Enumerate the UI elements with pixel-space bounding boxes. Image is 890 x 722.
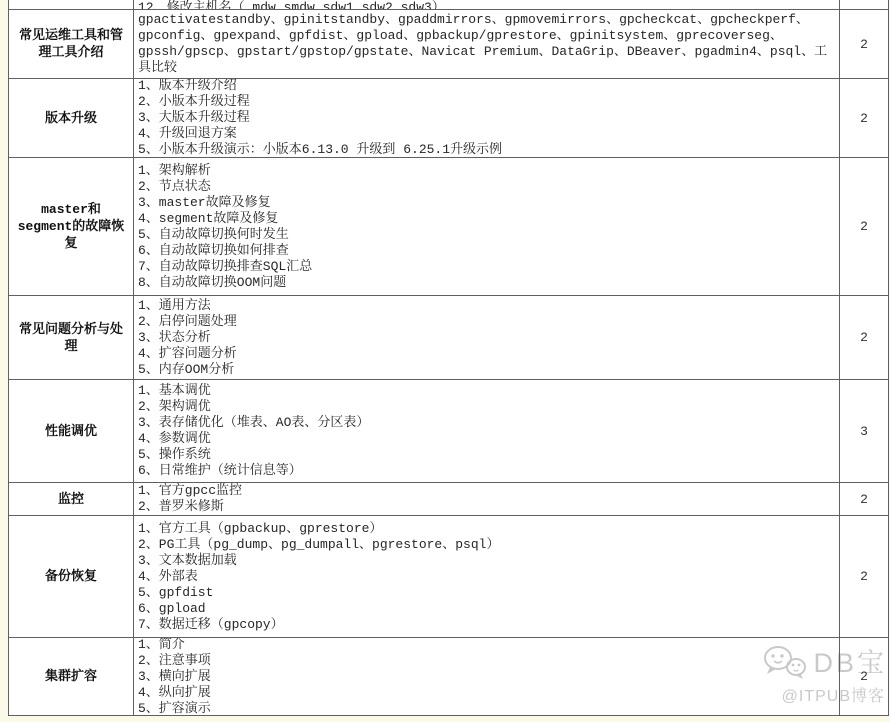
- item-line: 3、横向扩展: [138, 669, 833, 685]
- hours-cell: 2: [839, 483, 888, 515]
- item-line: 2、注意事项: [138, 653, 833, 669]
- table-row: 集群扩容1、简介2、注意事项3、横向扩展4、纵向扩展5、扩容演示2: [9, 638, 888, 716]
- topic-label: 版本升级: [45, 110, 97, 127]
- topic-cell: [9, 0, 134, 9]
- table-row: 监控1、官方gpcc监控2、普罗米修斯2: [9, 483, 888, 516]
- item-line: 4、纵向扩展: [138, 685, 833, 701]
- topic-label: 常见问题分析与处理: [15, 321, 127, 355]
- topic-cell: 监控: [9, 483, 134, 515]
- item-line: 4、升级回退方案: [138, 126, 833, 142]
- hours-cell: [839, 0, 888, 9]
- topic-cell: 备份恢复: [9, 516, 134, 637]
- item-line: 2、架构调优: [138, 399, 833, 415]
- item-line: 4、扩容问题分析: [138, 346, 833, 362]
- clipped-row-text: 12、修改主机名（ mdw smdw sdw1 sdw2 sdw3）: [138, 0, 833, 9]
- item-line: 4、外部表: [138, 569, 833, 585]
- clipped-top-row: 12、修改主机名（ mdw smdw sdw1 sdw2 sdw3）: [9, 0, 888, 10]
- item-line: 6、自动故障切换如何排查: [138, 243, 833, 259]
- topic-cell: 常见运维工具和管理工具介绍: [9, 10, 134, 78]
- items-cell: 1、简介2、注意事项3、横向扩展4、纵向扩展5、扩容演示: [134, 638, 839, 715]
- item-line: 2、小版本升级过程: [138, 94, 833, 110]
- items-cell: 12、修改主机名（ mdw smdw sdw1 sdw2 sdw3）: [134, 0, 839, 9]
- topic-label: 性能调优: [45, 423, 97, 440]
- table-row: 版本升级1、版本升级介绍2、小版本升级过程3、大版本升级过程4、升级回退方案5、…: [9, 79, 888, 158]
- items-cell: 1、基本调优2、架构调优3、表存储优化（堆表、AO表、分区表）4、参数调优5、操…: [134, 380, 839, 482]
- item-line: 1、简介: [138, 638, 833, 653]
- hours-cell: 2: [839, 158, 888, 295]
- topic-label: 监控: [58, 491, 84, 508]
- hours-cell: 2: [839, 10, 888, 78]
- items-cell: 1、架构解析2、节点状态3、master故障及修复4、segment故障及修复5…: [134, 158, 839, 295]
- item-line: 5、自动故障切换何时发生: [138, 227, 833, 243]
- item-line: 6、gpload: [138, 601, 833, 617]
- item-line: 2、PG工具（pg_dump、pg_dumpall、pgrestore、psql…: [138, 537, 833, 553]
- item-line: 1、架构解析: [138, 163, 833, 179]
- page-frame: 12、修改主机名（ mdw smdw sdw1 sdw2 sdw3） 常见运维工…: [0, 0, 890, 722]
- item-line: 5、小版本升级演示：小版本6.13.0 升级到 6.25.1升级示例: [138, 142, 833, 157]
- item-line: 3、状态分析: [138, 330, 833, 346]
- item-line: 3、大版本升级过程: [138, 110, 833, 126]
- items-cell: 1、官方gpcc监控2、普罗米修斯: [134, 483, 839, 515]
- item-line: 5、gpfdist: [138, 585, 833, 601]
- table-row: 性能调优1、基本调优2、架构调优3、表存储优化（堆表、AO表、分区表）4、参数调…: [9, 380, 888, 483]
- topic-label: master和segment的故障恢复: [15, 201, 127, 252]
- item-line: 4、参数调优: [138, 431, 833, 447]
- table-row: 常见问题分析与处理1、通用方法2、启停问题处理3、状态分析4、扩容问题分析5、内…: [9, 296, 888, 380]
- item-line: 5、扩容演示: [138, 701, 833, 716]
- items-cell: 1、版本升级介绍2、小版本升级过程3、大版本升级过程4、升级回退方案5、小版本升…: [134, 79, 839, 157]
- items-cell: gpactivatestandby、gpinitstandby、gpaddmir…: [134, 10, 839, 78]
- item-line: 6、日常维护（统计信息等）: [138, 463, 833, 479]
- item-line: 1、版本升级介绍: [138, 79, 833, 94]
- hours-cell: 2: [839, 296, 888, 379]
- item-line: 2、启停问题处理: [138, 314, 833, 330]
- topic-cell: master和segment的故障恢复: [9, 158, 134, 295]
- item-line: 7、自动故障切换排查SQL汇总: [138, 259, 833, 275]
- item-line: 2、普罗米修斯: [138, 499, 833, 515]
- topic-label: 常见运维工具和管理工具介绍: [15, 27, 127, 61]
- table-row: master和segment的故障恢复1、架构解析2、节点状态3、master故…: [9, 158, 888, 296]
- items-cell: 1、通用方法2、启停问题处理3、状态分析4、扩容问题分析5、内存OOM分析: [134, 296, 839, 379]
- item-line: 2、节点状态: [138, 179, 833, 195]
- item-line: 7、数据迁移（gpcopy）: [138, 617, 833, 633]
- topic-label: 备份恢复: [45, 568, 97, 585]
- topic-cell: 常见问题分析与处理: [9, 296, 134, 379]
- item-line: 4、segment故障及修复: [138, 211, 833, 227]
- hours-cell: 2: [839, 638, 888, 715]
- item-line: 3、master故障及修复: [138, 195, 833, 211]
- item-line: gpactivatestandby、gpinitstandby、gpaddmir…: [138, 12, 833, 76]
- item-line: 8、自动故障切换OOM问题: [138, 275, 833, 291]
- hours-cell: 3: [839, 380, 888, 482]
- table-row: 备份恢复1、官方工具（gpbackup、gprestore）2、PG工具（pg_…: [9, 516, 888, 638]
- table-row: 常见运维工具和管理工具介绍gpactivatestandby、gpinitsta…: [9, 10, 888, 79]
- hours-cell: 2: [839, 516, 888, 637]
- item-line: 1、官方gpcc监控: [138, 483, 833, 499]
- item-line: 5、操作系统: [138, 447, 833, 463]
- table-rows: 常见运维工具和管理工具介绍gpactivatestandby、gpinitsta…: [9, 10, 888, 716]
- items-cell: 1、官方工具（gpbackup、gprestore）2、PG工具（pg_dump…: [134, 516, 839, 637]
- item-line: 5、内存OOM分析: [138, 362, 833, 378]
- hours-cell: 2: [839, 79, 888, 157]
- topic-cell: 性能调优: [9, 380, 134, 482]
- item-line: 1、通用方法: [138, 298, 833, 314]
- topic-label: 集群扩容: [45, 668, 97, 685]
- item-line: 1、基本调优: [138, 383, 833, 399]
- topic-cell: 版本升级: [9, 79, 134, 157]
- course-outline-table: 12、修改主机名（ mdw smdw sdw1 sdw2 sdw3） 常见运维工…: [8, 0, 889, 716]
- item-line: 3、表存储优化（堆表、AO表、分区表）: [138, 415, 833, 431]
- topic-cell: 集群扩容: [9, 638, 134, 715]
- item-line: 3、文本数据加载: [138, 553, 833, 569]
- item-line: 1、官方工具（gpbackup、gprestore）: [138, 521, 833, 537]
